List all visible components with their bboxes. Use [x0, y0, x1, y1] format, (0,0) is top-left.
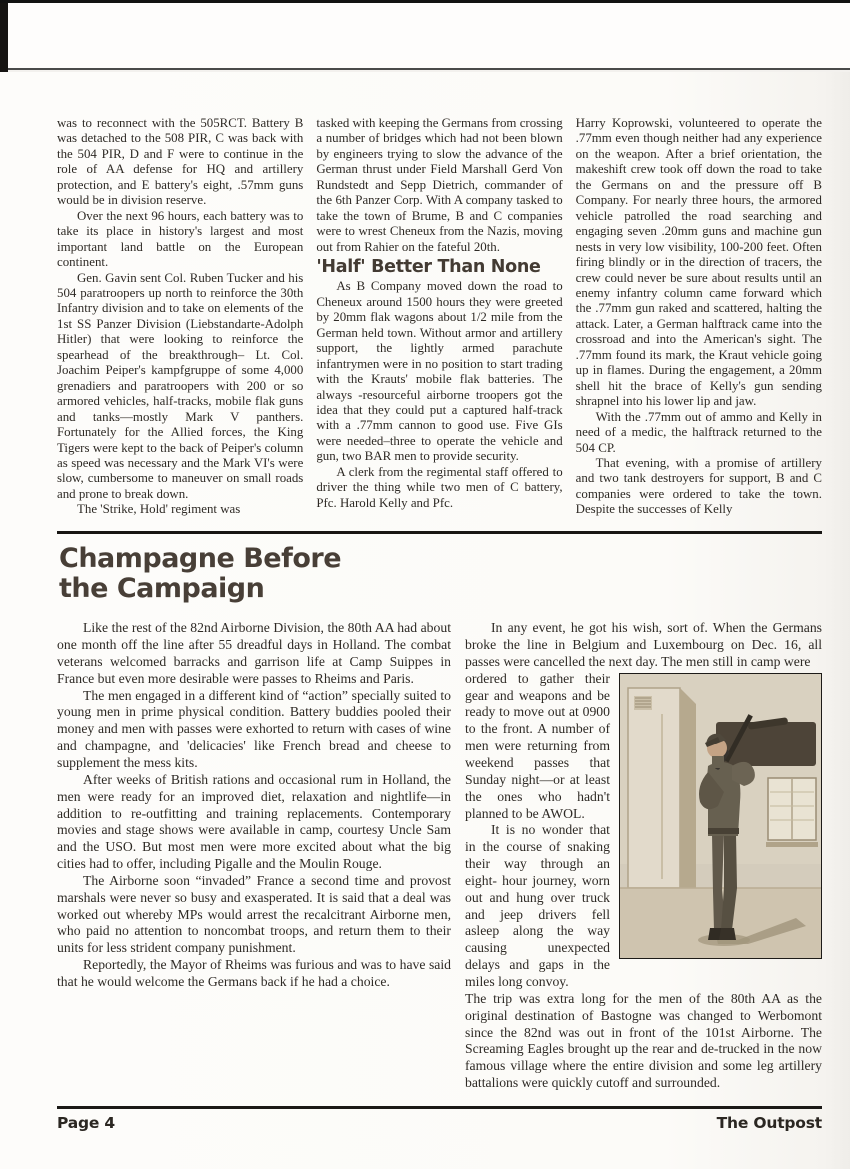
body-paragraph: The 'Strike, Hold' regiment was	[57, 502, 303, 517]
body-paragraph: The Airborne soon “invaded” France a sec…	[57, 873, 451, 957]
body-paragraph: That evening, with a promise of artiller…	[576, 456, 822, 518]
section-heading-line-1: Champagne Before	[59, 544, 822, 574]
body-paragraph: A clerk from the regimental staff offere…	[316, 465, 562, 511]
article-column-3: Harry Koprowski, volunteered to operate …	[576, 116, 822, 518]
newsletter-page: was to reconnect with the 505RCT. Batter…	[0, 72, 850, 1169]
body-paragraph: Over the next 96 hours, each battery was…	[57, 209, 303, 271]
body-paragraph: As B Company moved down the road to Chen…	[316, 279, 562, 464]
section-heading: Champagne Before the Campaign	[59, 544, 822, 604]
body-paragraph: After weeks of British rations and occas…	[57, 772, 451, 873]
article-column-2: tasked with keeping the Germans from cro…	[316, 116, 562, 518]
section-heading-line-2: the Campaign	[59, 574, 822, 604]
photo-wrap-area: ordered to gather their gear and weapons…	[465, 671, 822, 991]
body-paragraph: Gen. Gavin sent Col. Ruben Tucker and hi…	[57, 271, 303, 503]
scan-top-margin	[0, 0, 850, 70]
body-paragraph: The trip was extra long for the men of t…	[465, 991, 822, 1092]
champagne-right-column: In any event, he got his wish, sort of. …	[465, 620, 822, 1092]
body-paragraph: Like the rest of the 82nd Airborne Divis…	[57, 620, 451, 687]
footer-rule	[57, 1106, 822, 1109]
section-divider-rule	[57, 531, 822, 534]
scan-corner-bar	[0, 3, 8, 73]
soldier-photo	[619, 673, 822, 959]
body-paragraph: was to reconnect with the 505RCT. Batter…	[57, 116, 303, 209]
body-paragraph: Harry Koprowski, volunteered to operate …	[576, 116, 822, 410]
subsection-heading: 'Half' Better Than None	[316, 258, 562, 277]
champagne-columns: Like the rest of the 82nd Airborne Divis…	[57, 620, 822, 1092]
article-columns: was to reconnect with the 505RCT. Batter…	[57, 116, 822, 518]
champagne-left-column: Like the rest of the 82nd Airborne Divis…	[57, 620, 451, 1092]
soldier-photo-image	[620, 674, 821, 958]
champagne-section: Champagne Before the Campaign Like the r…	[57, 544, 822, 1092]
body-paragraph: In any event, he got his wish, sort of. …	[465, 620, 822, 671]
page-number: Page 4	[57, 1114, 115, 1132]
body-paragraph: tasked with keeping the Germans from cro…	[316, 116, 562, 255]
publication-name: The Outpost	[717, 1114, 822, 1132]
body-paragraph: The men engaged in a different kind of “…	[57, 688, 451, 772]
body-paragraph: With the .77mm out of ammo and Kelly in …	[576, 410, 822, 456]
article-column-1: was to reconnect with the 505RCT. Batter…	[57, 116, 303, 518]
page-footer: Page 4 The Outpost	[57, 1114, 822, 1132]
body-paragraph: Reportedly, the Mayor of Rheims was furi…	[57, 957, 451, 991]
